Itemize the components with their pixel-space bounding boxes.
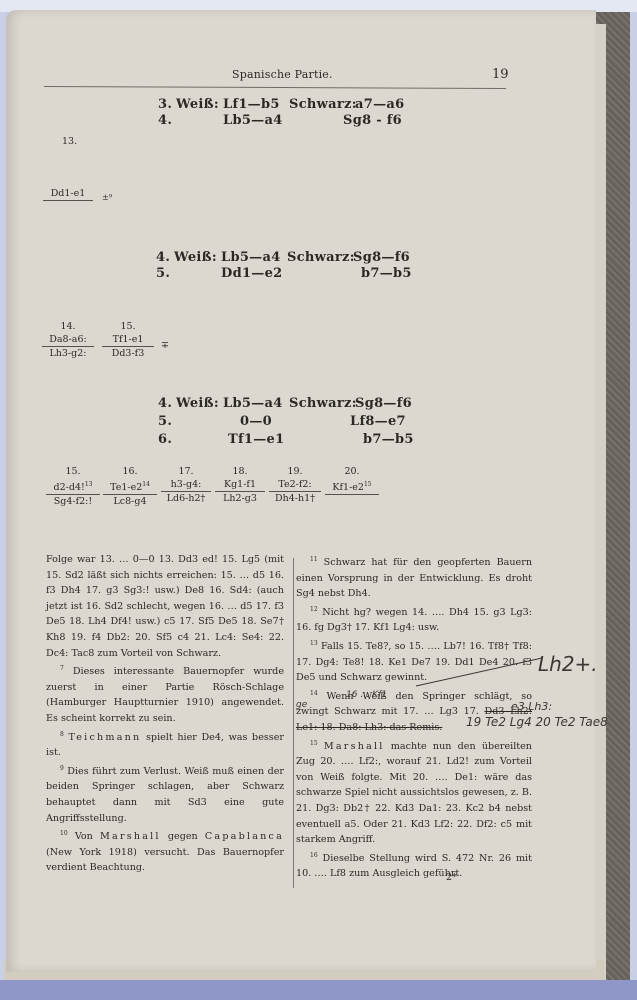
white-label: Weiß: <box>176 396 223 411</box>
evaluation-symbol: ±⁹ <box>102 193 112 202</box>
move-line: 5. Dd1—e2 b7—b5 <box>156 266 412 281</box>
black-label: Schwarz: <box>289 97 355 112</box>
move-line: 5. 0—0 Lf8—e7 <box>158 414 406 429</box>
white-side-move: Te2-f2: <box>269 478 321 492</box>
move-number: 4. <box>158 113 223 128</box>
footnote-7: 7 Dieses interessante Bauernopfer wurde … <box>46 661 284 726</box>
black-move: Sg8—f6 <box>353 250 410 265</box>
handwritten-margin-note: Lh2+. <box>538 652 598 676</box>
move-number: 18. <box>215 465 265 478</box>
footnote-ref: 14 <box>142 481 150 488</box>
white-side-move: Kf1-e215 <box>325 478 379 495</box>
header-rule <box>44 86 506 89</box>
black-side-move: Lc8-g4 <box>103 495 157 508</box>
move-number: 4. <box>158 396 176 411</box>
move-number: 3. <box>158 97 176 112</box>
black-move: b7—b5 <box>363 432 414 447</box>
black-side-move: Lh2-g3 <box>215 492 265 505</box>
move-number: 14. <box>42 320 94 333</box>
black-move: Sg8—f6 <box>355 396 412 411</box>
move-number: 15. <box>46 465 100 478</box>
white-side-move: h3-g4: <box>161 478 211 492</box>
move-number: 16. <box>103 465 157 478</box>
move-number: 19. <box>269 465 321 478</box>
side-move-17: 17. h3-g4: Ld6-h2† <box>161 465 211 505</box>
background-bottom <box>0 980 637 1000</box>
white-side-move: Te1-e214 <box>103 478 157 495</box>
white-side-move: Dd1-e1 <box>43 187 93 201</box>
running-title: Spanische Partie. <box>232 68 333 81</box>
side-move-15: 15. Tf1-e1 Dd3-f3 <box>102 320 154 360</box>
move-number: 20. <box>325 465 379 478</box>
white-label: Weiß: <box>174 250 221 265</box>
footnote-16: 16 Dieselbe Stellung wird S. 472 Nr. 26 … <box>296 848 532 882</box>
black-side-move: Ld6-h2† <box>161 492 211 505</box>
move-number: 5. <box>158 414 240 429</box>
black-label: Schwarz: <box>287 250 353 265</box>
evaluation-symbol: ∓ <box>161 340 169 351</box>
move-number: 4. <box>156 250 174 265</box>
footnote-11: 11 Schwarz hat für den geopferten Bauern… <box>296 552 532 602</box>
move-line: 4. Weiß: Lb5—a4 Schwarz: Sg8—f6 <box>158 396 412 411</box>
move-line: 6. Tf1—e1 b7—b5 <box>158 432 414 447</box>
side-move-fraction: Dd1-e1 <box>43 187 93 201</box>
white-move: Lf1—b5 <box>223 97 289 112</box>
white-move: Tf1—e1 <box>228 432 363 447</box>
white-side-move: Kg1-f1 <box>215 478 265 492</box>
black-move: Sg8 - f6 <box>343 113 402 128</box>
black-move: a7—a6 <box>355 97 404 112</box>
handwritten-above-line: 16 … Kf1 <box>346 690 387 700</box>
signature-mark: 2* <box>446 872 457 883</box>
handwritten-line-end: 19 Te2 Lg4 20 Te2 Tae8 <box>466 715 608 729</box>
footnote-15: 15 Marshall machte nun den übereilten Zu… <box>296 736 532 848</box>
white-side-move: d2-d4!13 <box>46 478 100 495</box>
move-line: 3. Weiß: Lf1—b5 Schwarz: a7—a6 <box>158 97 404 112</box>
move-number: 5. <box>156 266 221 281</box>
side-move-16: 16. Te1-e214 Lc8-g4 <box>103 465 157 508</box>
footnote-10: 10 Von Marshall gegen Capablanca (New Yo… <box>46 826 284 876</box>
white-move: Lb5—a4 <box>223 113 343 128</box>
white-label: Weiß: <box>176 97 223 112</box>
footnote-ref: 15 <box>364 481 372 488</box>
footnote-continuation: Folge war 13. … 0—0 13. Dd3 ed! 15. Lg5 … <box>46 552 284 661</box>
side-move-number: 13. <box>62 136 77 147</box>
column-divider <box>293 558 294 888</box>
white-side-move: Tf1-e1 <box>102 333 154 347</box>
move-number: 6. <box>158 432 228 447</box>
white-move: Lb5—a4 <box>221 250 287 265</box>
black-side-move: Lh3-g2: <box>42 347 94 360</box>
handwritten-arrow-line <box>406 650 546 690</box>
side-move-18: 18. Kg1-f1 Lh2-g3 <box>215 465 265 505</box>
footnote-12: 12 Nicht hg? wegen 14. …. Dh4 15. g3 Lg3… <box>296 602 532 636</box>
black-side-move: Dh4-h1† <box>269 492 321 505</box>
footnote-9: 9 Dies führt zum Verlust. Weiß muß einen… <box>46 761 284 826</box>
move-number: 17. <box>161 465 211 478</box>
side-move-15: 15. d2-d4!13 Sg4-f2:! <box>46 465 100 508</box>
footnote-8: 8 Teichmann spielt hier De4, was besser … <box>46 727 284 761</box>
black-move: Lf8—e7 <box>350 414 406 429</box>
black-move: b7—b5 <box>361 266 412 281</box>
white-move: Dd1—e2 <box>221 266 361 281</box>
side-move-20: 20. Kf1-e215 <box>325 465 379 495</box>
move-number: 15. <box>102 320 154 333</box>
page-number: 19 <box>492 67 509 82</box>
white-move: 0—0 <box>240 414 350 429</box>
black-side-move: Sg4-f2:! <box>46 495 100 508</box>
book-page: Spanische Partie. 19 3. Weiß: Lf1—b5 Sch… <box>6 10 596 972</box>
side-move-14: 14. Da8-a6: Lh3-g2: <box>42 320 94 360</box>
handwritten-inline-note: e3 Lh3: <box>511 700 552 713</box>
footnote-ref: 13 <box>85 481 93 488</box>
side-move-19: 19. Te2-f2: Dh4-h1† <box>269 465 321 505</box>
footnotes-left-column: Folge war 13. … 0—0 13. Dd3 ed! 15. Lg5 … <box>46 552 284 876</box>
white-side-move: Da8-a6: <box>42 333 94 347</box>
black-label: Schwarz: <box>289 396 355 411</box>
move-line: 4. Lb5—a4 Sg8 - f6 <box>158 113 402 128</box>
handwritten-prefix: ge <box>296 700 307 710</box>
move-line: 4. Weiß: Lb5—a4 Schwarz: Sg8—f6 <box>156 250 410 265</box>
black-side-move: Dd3-f3 <box>102 347 154 360</box>
white-move: Lb5—a4 <box>223 396 289 411</box>
